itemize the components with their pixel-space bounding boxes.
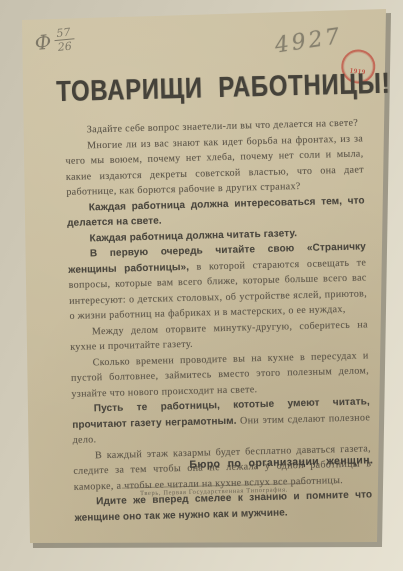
paragraph: Пусть те работницы, кототые умеют читать… [72,393,371,447]
leaflet-content: Ф 57 26 4927 1919 ТОВАРИЩИ РАБОТНИЦЫ! За… [22,11,395,544]
archive-mark-letter: Ф [33,29,52,54]
archive-mark-fraction: 57 26 [53,26,75,53]
paragraph: В первую очередь читайте свою «Страничку… [68,238,368,323]
scanned-photo-background: Ф 57 26 4927 1919 ТОВАРИЩИ РАБОТНИЦЫ! За… [0,0,403,571]
paragraph-segment-serif: Сколько времени проводите вы на кухне в … [71,350,369,400]
archive-mark: Ф 57 26 [33,26,75,55]
inventory-number: 4927 [273,24,344,59]
paragraph: Сколько времени проводите вы на кухне в … [70,347,369,401]
archive-mark-denominator: 26 [57,40,72,53]
leaflet-title: ТОВАРИЩИ РАБОТНИЦЫ! [56,69,352,108]
paragraph-segment-serif: Многие ли из вас знают как идет борьба н… [65,133,364,198]
paragraph: Многие ли из вас знают как идет борьба н… [65,130,364,200]
